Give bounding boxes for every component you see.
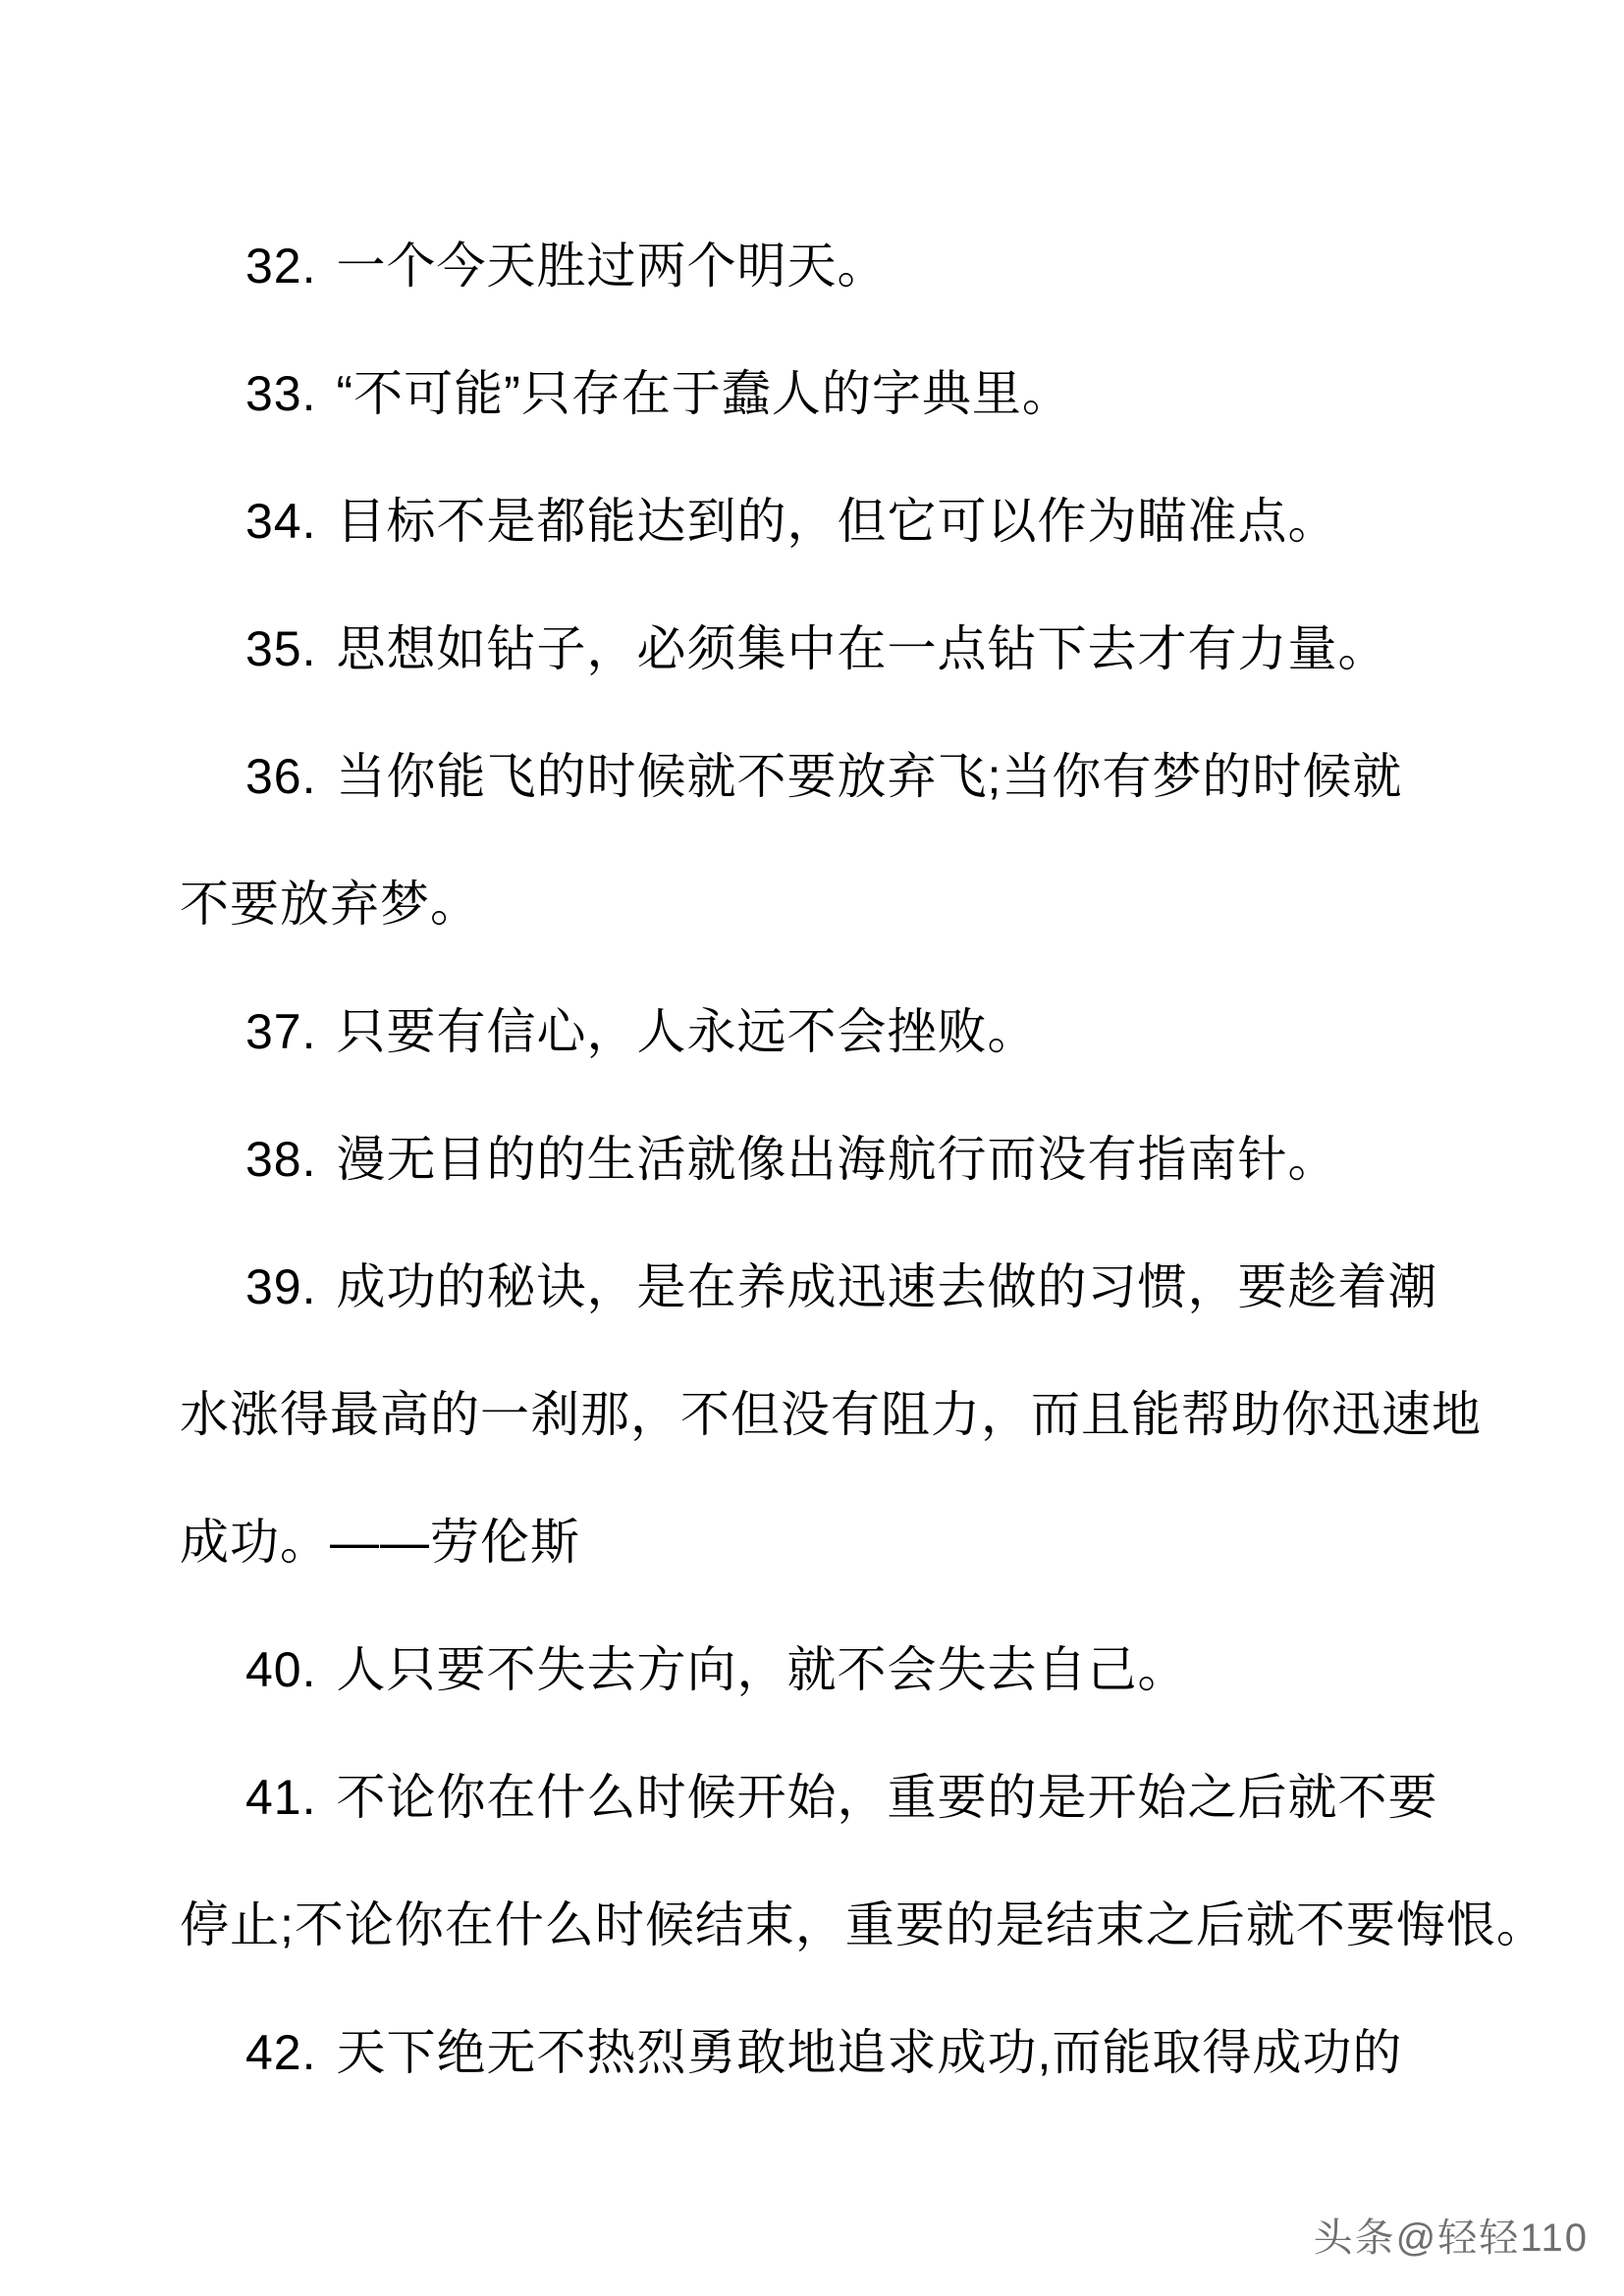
quote-text: 当你能飞的时候就不要放弃飞;当你有梦的时候就 <box>337 749 1403 804</box>
quote-number: 41. <box>245 1734 317 1861</box>
quote-text: 只要有信心，人永远不会挫败。 <box>337 1004 1038 1059</box>
quote-line: 33.“不可能”只存在于蠢人的字典里。 <box>0 330 1624 457</box>
quote-text: 天下绝无不热烈勇敢地追求成功,而能取得成功的 <box>337 2025 1403 2080</box>
quote-text: 成功的秘诀，是在养成迅速去做的习惯，要趁着潮 <box>337 1259 1438 1314</box>
quote-line: 成功。——劳伦斯 <box>0 1478 1624 1606</box>
document-page: 32.一个今天胜过两个明天。33.“不可能”只存在于蠢人的字典里。34.目标不是… <box>0 0 1624 2296</box>
quote-number: 33. <box>245 330 317 457</box>
quote-number: 42. <box>245 1989 317 2116</box>
quote-number: 34. <box>245 457 317 585</box>
quote-line: 38.漫无目的的生活就像出海航行而没有指南针。 <box>0 1095 1624 1223</box>
quote-text: 停止;不论你在什么时候结束，重要的是结束之后就不要悔恨。 <box>180 1897 1546 1952</box>
quote-number: 39. <box>245 1223 317 1351</box>
quote-line: 35.思想如钻子，必须集中在一点钻下去才有力量。 <box>0 585 1624 713</box>
quote-text: 漫无目的的生活就像出海航行而没有指南针。 <box>337 1132 1338 1187</box>
quote-line: 41.不论你在什么时候开始，重要的是开始之后就不要 <box>0 1734 1624 1861</box>
quote-text: 目标不是都能达到的，但它可以作为瞄准点。 <box>337 494 1338 549</box>
quote-text: 思想如钻子，必须集中在一点钻下去才有力量。 <box>337 621 1388 676</box>
quote-number: 36. <box>245 713 317 840</box>
quote-text: 不要放弃梦。 <box>180 877 480 932</box>
quote-number: 32. <box>245 202 317 330</box>
watermark: 头条@轻轻110 <box>1314 2207 1589 2263</box>
quote-number: 38. <box>245 1095 317 1223</box>
quote-number: 40. <box>245 1606 317 1734</box>
quote-line: 37.只要有信心，人永远不会挫败。 <box>0 968 1624 1095</box>
quote-line: 水涨得最高的一刹那，不但没有阻力，而且能帮助你迅速地 <box>0 1351 1624 1478</box>
quote-list: 32.一个今天胜过两个明天。33.“不可能”只存在于蠢人的字典里。34.目标不是… <box>0 202 1624 2116</box>
quote-text: 不论你在什么时候开始，重要的是开始之后就不要 <box>337 1770 1438 1825</box>
quote-line: 36.当你能飞的时候就不要放弃飞;当你有梦的时候就 <box>0 713 1624 840</box>
quote-line: 不要放弃梦。 <box>0 840 1624 968</box>
quote-text: 一个今天胜过两个明天。 <box>337 239 888 294</box>
quote-text: 成功。——劳伦斯 <box>180 1515 580 1570</box>
quote-text: 水涨得最高的一刹那，不但没有阻力，而且能帮助你迅速地 <box>180 1387 1482 1442</box>
quote-line: 40.人只要不失去方向，就不会失去自己。 <box>0 1606 1624 1734</box>
quote-line: 42.天下绝无不热烈勇敢地追求成功,而能取得成功的 <box>0 1989 1624 2116</box>
quote-line: 停止;不论你在什么时候结束，重要的是结束之后就不要悔恨。 <box>0 1861 1624 1989</box>
quote-line: 34.目标不是都能达到的，但它可以作为瞄准点。 <box>0 457 1624 585</box>
quote-number: 37. <box>245 968 317 1095</box>
quote-text: 人只要不失去方向，就不会失去自己。 <box>337 1642 1188 1697</box>
quote-line: 39.成功的秘诀，是在养成迅速去做的习惯，要趁着潮 <box>0 1223 1624 1351</box>
watermark-text: 头条@轻轻110 <box>1314 2216 1589 2260</box>
quote-line: 32.一个今天胜过两个明天。 <box>0 202 1624 330</box>
quote-text: “不可能”只存在于蠢人的字典里。 <box>337 366 1072 421</box>
quote-number: 35. <box>245 585 317 713</box>
